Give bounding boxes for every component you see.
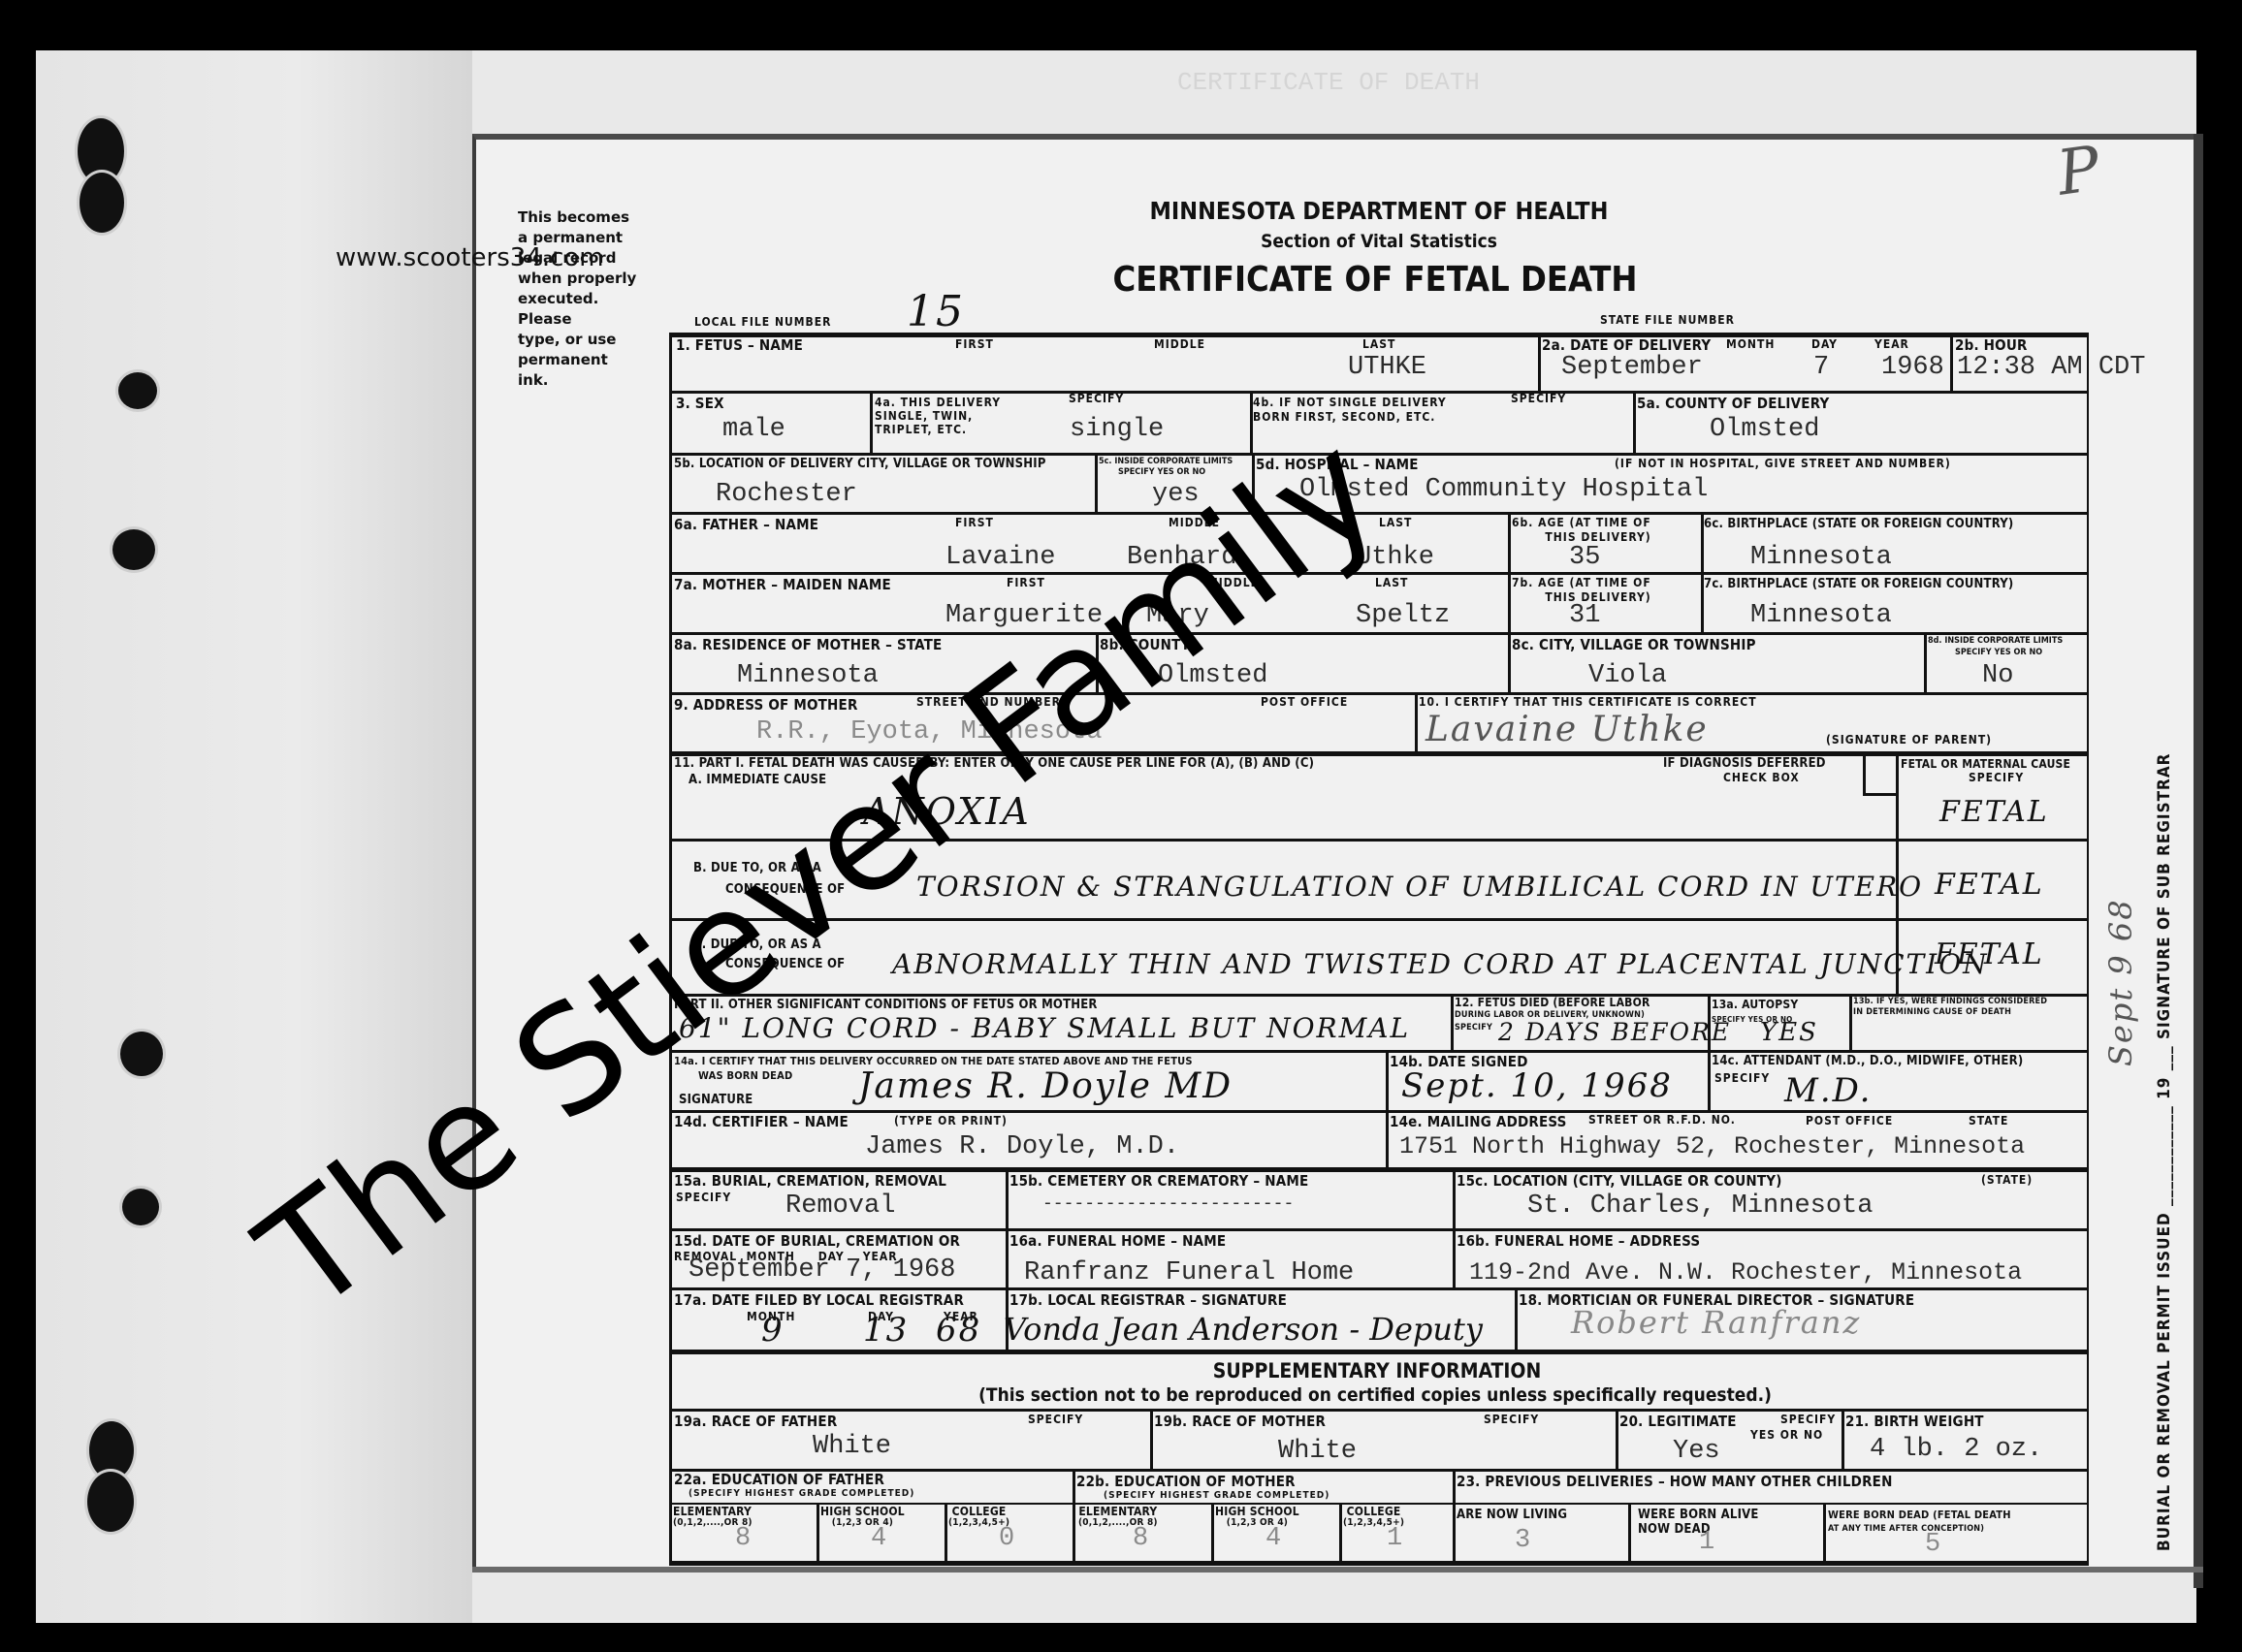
- rule: [1073, 1469, 1075, 1563]
- date-filed-label: 17a. DATE FILED BY LOCAL REGISTRAR: [674, 1292, 964, 1308]
- rule: [817, 1503, 819, 1563]
- first-label: FIRST: [955, 338, 994, 351]
- rule: [1453, 1167, 1456, 1287]
- rule: [1339, 1503, 1342, 1563]
- specify-label: SPECIFY: [1484, 1414, 1539, 1426]
- attendant-label: 14c. ATTENDANT (M.D., D.O., MIDWIFE, OTH…: [1712, 1054, 2023, 1069]
- rule: [669, 1409, 2088, 1412]
- rule: [669, 1050, 2088, 1053]
- punch-hole: [118, 372, 157, 409]
- disposition-label: 15a. BURIAL, CREMATION, REMOVAL: [674, 1173, 946, 1189]
- residence-city-label: 8c. CITY, VILLAGE OR TOWNSHIP: [1512, 637, 1756, 652]
- label-line: 12. FETUS DIED (BEFORE LABOR: [1455, 997, 1649, 1009]
- local-registrar-label: 17b. LOCAL REGISTRAR – SIGNATURE: [1009, 1292, 1287, 1308]
- label-line: AT ANY TIME AFTER CONCEPTION): [1828, 1522, 2011, 1537]
- rule: [669, 1287, 2088, 1290]
- deferred-label: IF DIAGNOSIS DEFERRED: [1663, 756, 1826, 772]
- father-age: 35: [1569, 543, 1600, 572]
- specify-label: SPECIFY: [676, 1191, 731, 1204]
- label-line: 4b. IF NOT SINGLE DELIVERY: [1253, 396, 1447, 410]
- page-edge: [2194, 134, 2203, 1588]
- findings-label: 13b. IF YES, WERE FINDINGS CONSIDERED IN…: [1853, 997, 2047, 1018]
- supplementary-note: (This section not to be reproduced on ce…: [978, 1384, 1772, 1406]
- certifier-name-label: 14d. CERTIFIER – NAME: [674, 1114, 849, 1129]
- label-line: SPECIFY YES OR NO: [1928, 647, 2063, 658]
- fetus-last-name: UTHKE: [1348, 353, 1426, 382]
- label-line: 7b. AGE (AT TIME OF: [1512, 576, 1651, 590]
- label-line: HIGH SCHOOL: [1215, 1506, 1299, 1517]
- cause-b-type: FETAL: [1935, 868, 2044, 902]
- local-registrar-signature: Vonda Jean Anderson - Deputy: [1004, 1311, 1483, 1348]
- residence-limits-label: 8d. INSIDE CORPORATE LIMITS SPECIFY YES …: [1928, 635, 2063, 658]
- label-line: 8d. INSIDE CORPORATE LIMITS: [1928, 635, 2063, 647]
- instruction-note: This becomes a permanent legal record wh…: [518, 207, 654, 391]
- state-label: STATE: [1969, 1115, 2008, 1128]
- delivery-type: single: [1070, 415, 1164, 444]
- location-value: Rochester: [716, 480, 857, 509]
- label-line: COLLEGE: [1343, 1506, 1404, 1517]
- page-edge: [472, 1567, 2203, 1573]
- father-age-label: 6b. AGE (AT TIME OF THIS DELIVERY): [1512, 516, 1651, 545]
- burial-permit-label: BURIAL OR REMOVAL PERMIT ISSUED ________…: [2155, 753, 2174, 1551]
- note-line: Please: [518, 309, 654, 330]
- punch-hole: [112, 529, 155, 570]
- specify-label: SPECIFY: [1511, 393, 1566, 405]
- mother-elementary: 8: [1133, 1524, 1148, 1553]
- punch-hole: [120, 1032, 163, 1076]
- father-birthplace-label: 6c. BIRTHPLACE (STATE OR FOREIGN COUNTRY…: [1704, 517, 2013, 532]
- born-alive-now-dead: 1: [1699, 1528, 1714, 1557]
- father-highschool: 4: [871, 1524, 886, 1553]
- fetus-died-value: 2 DAYS BEFORE: [1498, 1018, 1731, 1046]
- label-line: ELEMENTARY: [1078, 1506, 1158, 1517]
- rule: [669, 572, 2088, 575]
- sex-label: 3. SEX: [676, 396, 724, 411]
- note-line: This becomes: [518, 207, 654, 228]
- delivery-month: September: [1561, 353, 1703, 382]
- certifier-signature: James R. Doyle MD: [858, 1066, 1233, 1106]
- yes-or-no-label: YES OR NO: [1750, 1429, 1823, 1442]
- now-living-label: ARE NOW LIVING: [1457, 1508, 1567, 1522]
- parent-signature-label: (SIGNATURE OF PARENT): [1826, 734, 1992, 747]
- education-father-sub: (SPECIFY HIGHEST GRADE COMPLETED): [689, 1487, 914, 1500]
- race-mother: White: [1278, 1437, 1357, 1466]
- other-conditions: 61" LONG CORD - BABY SMALL BUT NORMAL: [679, 1012, 1410, 1044]
- note-line: executed.: [518, 289, 654, 309]
- rule: [1515, 1287, 1518, 1350]
- label-line: 4a. THIS DELIVERY: [875, 396, 1001, 409]
- middle-label: MIDDLE: [1154, 338, 1205, 351]
- mother-address-label: 9. ADDRESS OF MOTHER: [674, 697, 858, 713]
- county-of-delivery-label: 5a. COUNTY OF DELIVERY: [1637, 396, 1829, 411]
- date-signed: Sept. 10, 1968: [1401, 1066, 1673, 1105]
- rule: [669, 1350, 2088, 1354]
- born-dead: 5: [1925, 1530, 1940, 1559]
- day-label: DAY: [1811, 338, 1838, 351]
- hospital-note: (IF NOT IN HOSPITAL, GIVE STREET AND NUM…: [1615, 458, 1951, 470]
- mother-birthplace: Minnesota: [1750, 601, 1892, 630]
- attendant-value: M.D.: [1784, 1071, 1872, 1110]
- label-line: (1,2,3 OR 4): [1215, 1517, 1299, 1529]
- cause-b: TORSION & STRANGULATION OF UMBILICAL COR…: [916, 871, 1923, 903]
- burial-location-label: 15c. LOCATION (CITY, VILLAGE OR COUNTY): [1457, 1173, 1782, 1189]
- label-line: 5c. INSIDE CORPORATE LIMITS: [1099, 457, 1233, 467]
- delivery-year: 1968: [1881, 353, 1944, 382]
- rule: [669, 1110, 2088, 1113]
- local-file-number: 15: [907, 287, 965, 336]
- rule: [669, 632, 2088, 635]
- specify-label: SPECIFY: [1969, 772, 2024, 784]
- residence-limits-value: No: [1982, 661, 2013, 690]
- diagnosis-deferred-checkbox[interactable]: [1863, 756, 1899, 796]
- filed-year: 68: [936, 1311, 981, 1350]
- fetus-name-label: 1. FETUS – NAME: [676, 337, 803, 353]
- label-line: WERE BORN ALIVE: [1638, 1508, 1759, 1522]
- rule: [669, 1228, 2088, 1231]
- father-college: 0: [999, 1524, 1014, 1553]
- funeral-home-address: 119-2nd Ave. N.W. Rochester, Minnesota: [1469, 1258, 2022, 1287]
- label-line: COLLEGE: [948, 1506, 1009, 1517]
- rule: [2087, 333, 2089, 1566]
- first-label: FIRST: [955, 517, 994, 529]
- rule: [669, 1561, 2088, 1566]
- note-line: ink.: [518, 370, 654, 391]
- previous-deliveries-label: 23. PREVIOUS DELIVERIES – HOW MANY OTHER…: [1457, 1474, 1893, 1489]
- rule: [1823, 1503, 1826, 1563]
- disposition-date: September 7, 1968: [689, 1255, 955, 1285]
- street-label: STREET OR R.F.D. NO.: [1588, 1114, 1736, 1127]
- hour-label: 2b. HOUR: [1955, 337, 2028, 353]
- label-line: (1,2,3 OR 4): [820, 1517, 905, 1529]
- residence-city: Viola: [1588, 661, 1667, 690]
- label-line: SINGLE, TWIN,: [875, 409, 1001, 423]
- binder-margin: [36, 50, 472, 1623]
- mailing-address: 1751 North Highway 52, Rochester, Minnes…: [1399, 1132, 2025, 1160]
- state-file-label: STATE FILE NUMBER: [1600, 314, 1735, 327]
- parent-signature: Lavaine Uthke: [1425, 710, 1709, 749]
- rule: [1453, 1469, 1456, 1563]
- funeral-director-signature: Robert Ranfranz: [1571, 1304, 1861, 1341]
- site-watermark: www.scooters34.com: [336, 243, 604, 272]
- rule: [1538, 333, 1541, 393]
- month-label: MONTH: [1726, 338, 1775, 351]
- race-father-label: 19a. RACE OF FATHER: [674, 1414, 837, 1429]
- mother-highschool: 4: [1265, 1524, 1281, 1553]
- specify-label: SPECIFY: [1780, 1414, 1836, 1426]
- label-line: WERE BORN DEAD (FETAL DEATH: [1828, 1508, 2011, 1522]
- birth-order-label: 4b. IF NOT SINGLE DELIVERY BORN FIRST, S…: [1253, 396, 1447, 425]
- punch-hole: [80, 173, 124, 233]
- funeral-home-label: 16a. FUNERAL HOME – NAME: [1009, 1233, 1226, 1249]
- mother-age: 31: [1569, 601, 1600, 630]
- punch-hole: [87, 1472, 134, 1532]
- cemetery-value: ------------------------: [1042, 1194, 1294, 1214]
- residence-state-label: 8a. RESIDENCE OF MOTHER – STATE: [674, 637, 942, 652]
- delivery-hour: 12:38 AM CDT: [1957, 353, 2145, 382]
- this-delivery-label: 4a. THIS DELIVERY SINGLE, TWIN, TRIPLET,…: [875, 396, 1001, 436]
- post-office-label: POST OFFICE: [1261, 696, 1348, 709]
- first-label: FIRST: [1007, 577, 1045, 589]
- specify-label: SPECIFY: [1714, 1072, 1770, 1085]
- race-father: White: [813, 1432, 891, 1461]
- state-label: (STATE): [1981, 1174, 2033, 1187]
- now-living: 3: [1515, 1526, 1530, 1555]
- last-label: LAST: [1375, 577, 1408, 589]
- underlying-page-ghost-text: CERTIFICATE OF DEATH: [485, 58, 2172, 145]
- rule: [669, 692, 2088, 695]
- immediate-cause-type: FETAL: [1939, 795, 2049, 829]
- rule: [1451, 994, 1454, 1050]
- note-line: type, or use: [518, 330, 654, 350]
- location-label: 5b. LOCATION OF DELIVERY CITY, VILLAGE O…: [674, 457, 1046, 472]
- disposition-date-label: 15d. DATE OF BURIAL, CREMATION OR: [674, 1233, 960, 1249]
- label-line: 13b. IF YES, WERE FINDINGS CONSIDERED: [1853, 997, 2047, 1007]
- label-line: ELEMENTARY: [673, 1506, 753, 1517]
- certifier-name: James R. Doyle, M.D.: [865, 1132, 1179, 1161]
- delivery-day: 7: [1813, 353, 1829, 382]
- rule: [1950, 333, 1953, 393]
- rule: [870, 391, 873, 454]
- education-mother-label: 22b. EDUCATION OF MOTHER: [1076, 1474, 1296, 1489]
- born-dead-label: WERE BORN DEAD (FETAL DEATHAT ANY TIME A…: [1828, 1508, 2011, 1537]
- cause-c: ABNORMALLY THIN AND TWISTED CORD AT PLAC…: [892, 948, 1989, 980]
- section-title: Section of Vital Statistics: [1261, 231, 1497, 252]
- document-title: CERTIFICATE OF FETAL DEATH: [1112, 260, 1637, 300]
- mother-highschool-label: HIGH SCHOOL(1,2,3 OR 4): [1215, 1506, 1299, 1529]
- cause-c-type: FETAL: [1935, 937, 2044, 971]
- local-file-label: LOCAL FILE NUMBER: [694, 316, 831, 329]
- rule: [1211, 1503, 1214, 1563]
- education-mother-sub: (SPECIFY HIGHEST GRADE COMPLETED): [1104, 1489, 1329, 1502]
- rule: [1150, 1409, 1153, 1469]
- specify-label: SPECIFY: [1069, 393, 1124, 405]
- father-elementary: 8: [735, 1524, 751, 1553]
- date-of-delivery-label: 2a. DATE OF DELIVERY: [1542, 337, 1711, 353]
- signature-label: SIGNATURE: [679, 1093, 753, 1108]
- fetal-maternal-label: FETAL OR MATERNAL CAUSE: [1901, 756, 2070, 772]
- birth-weight-label: 21. BIRTH WEIGHT: [1845, 1414, 1984, 1429]
- funeral-home-address-label: 16b. FUNERAL HOME – ADDRESS: [1457, 1233, 1700, 1249]
- label-line: IN DETERMINING CAUSE OF DEATH: [1853, 1007, 2047, 1018]
- rule: [1842, 1409, 1844, 1469]
- county-of-delivery: Olmsted: [1710, 415, 1819, 444]
- year-label: YEAR: [1874, 338, 1909, 351]
- father-highschool-label: HIGH SCHOOL(1,2,3 OR 4): [820, 1506, 905, 1529]
- rule: [1415, 692, 1418, 752]
- rule: [1849, 994, 1852, 1050]
- mother-last: Speltz: [1356, 601, 1450, 630]
- type-or-print-label: (TYPE OR PRINT): [894, 1115, 1008, 1128]
- label-line: ARE NOW LIVING: [1457, 1508, 1567, 1522]
- filed-month: 9: [761, 1311, 785, 1350]
- rule: [1708, 1050, 1711, 1110]
- race-mother-label: 19b. RACE OF MOTHER: [1154, 1414, 1326, 1429]
- rule: [1633, 391, 1636, 454]
- autopsy-value: YES: [1760, 1018, 1818, 1047]
- rule: [1616, 1409, 1618, 1469]
- father-first: Lavaine: [945, 543, 1055, 572]
- label-line: TRIPLET, ETC.: [875, 423, 1001, 436]
- disposition-value: Removal: [785, 1191, 895, 1221]
- rule: [1628, 1503, 1631, 1563]
- rule: [669, 391, 2088, 394]
- label-line: 13a. AUTOPSY: [1712, 997, 1798, 1012]
- father-name-label: 6a. FATHER – NAME: [674, 517, 818, 532]
- rule: [945, 1503, 947, 1563]
- rule: [1924, 632, 1927, 692]
- certify-label: 10. I CERTIFY THAT THIS CERTIFICATE IS C…: [1419, 696, 1757, 709]
- sex-value: male: [722, 415, 785, 444]
- specify-label: SPECIFY: [1028, 1414, 1083, 1426]
- note-line: permanent: [518, 350, 654, 370]
- punch-hole: [122, 1189, 159, 1225]
- mailing-address-label: 14e. MAILING ADDRESS: [1390, 1114, 1567, 1129]
- mother-college: 1: [1387, 1524, 1402, 1553]
- label-line: 6b. AGE (AT TIME OF: [1512, 516, 1651, 530]
- supplementary-title: SUPPLEMENTARY INFORMATION: [1213, 1359, 1542, 1382]
- check-box-label: CHECK BOX: [1723, 772, 1800, 784]
- residence-state: Minnesota: [737, 661, 879, 690]
- rule: [1386, 1050, 1389, 1168]
- post-office-label: POST OFFICE: [1806, 1115, 1893, 1128]
- birth-weight: 4 lb. 2 oz.: [1870, 1435, 2042, 1464]
- rule: [1095, 453, 1098, 513]
- rule: [1508, 632, 1511, 692]
- cemetery-label: 15b. CEMETERY OR CREMATORY – NAME: [1009, 1173, 1308, 1189]
- punch-hole: [89, 1421, 134, 1479]
- permit-handwriting: Sept 9 68: [2102, 898, 2139, 1066]
- education-father-label: 22a. EDUCATION OF FATHER: [674, 1472, 884, 1487]
- born-dead-label: WAS BORN DEAD: [698, 1068, 792, 1084]
- last-label: LAST: [1362, 338, 1395, 351]
- father-birthplace: Minnesota: [1750, 543, 1892, 572]
- legitimate-label: 20. LEGITIMATE: [1619, 1414, 1737, 1429]
- label-line: HIGH SCHOOL: [820, 1506, 905, 1517]
- burial-location: St. Charles, Minnesota: [1527, 1191, 1873, 1221]
- agency-title: MINNESOTA DEPARTMENT OF HEALTH: [1150, 197, 1609, 225]
- funeral-home: Ranfranz Funeral Home: [1024, 1258, 1354, 1287]
- filed-day: 13: [863, 1311, 909, 1350]
- mother-name-label: 7a. MOTHER – MAIDEN NAME: [674, 577, 891, 592]
- rule: [1508, 512, 1511, 632]
- mother-birthplace-label: 7c. BIRTHPLACE (STATE OR FOREIGN COUNTRY…: [1704, 577, 2013, 592]
- legitimate-value: Yes: [1673, 1437, 1720, 1466]
